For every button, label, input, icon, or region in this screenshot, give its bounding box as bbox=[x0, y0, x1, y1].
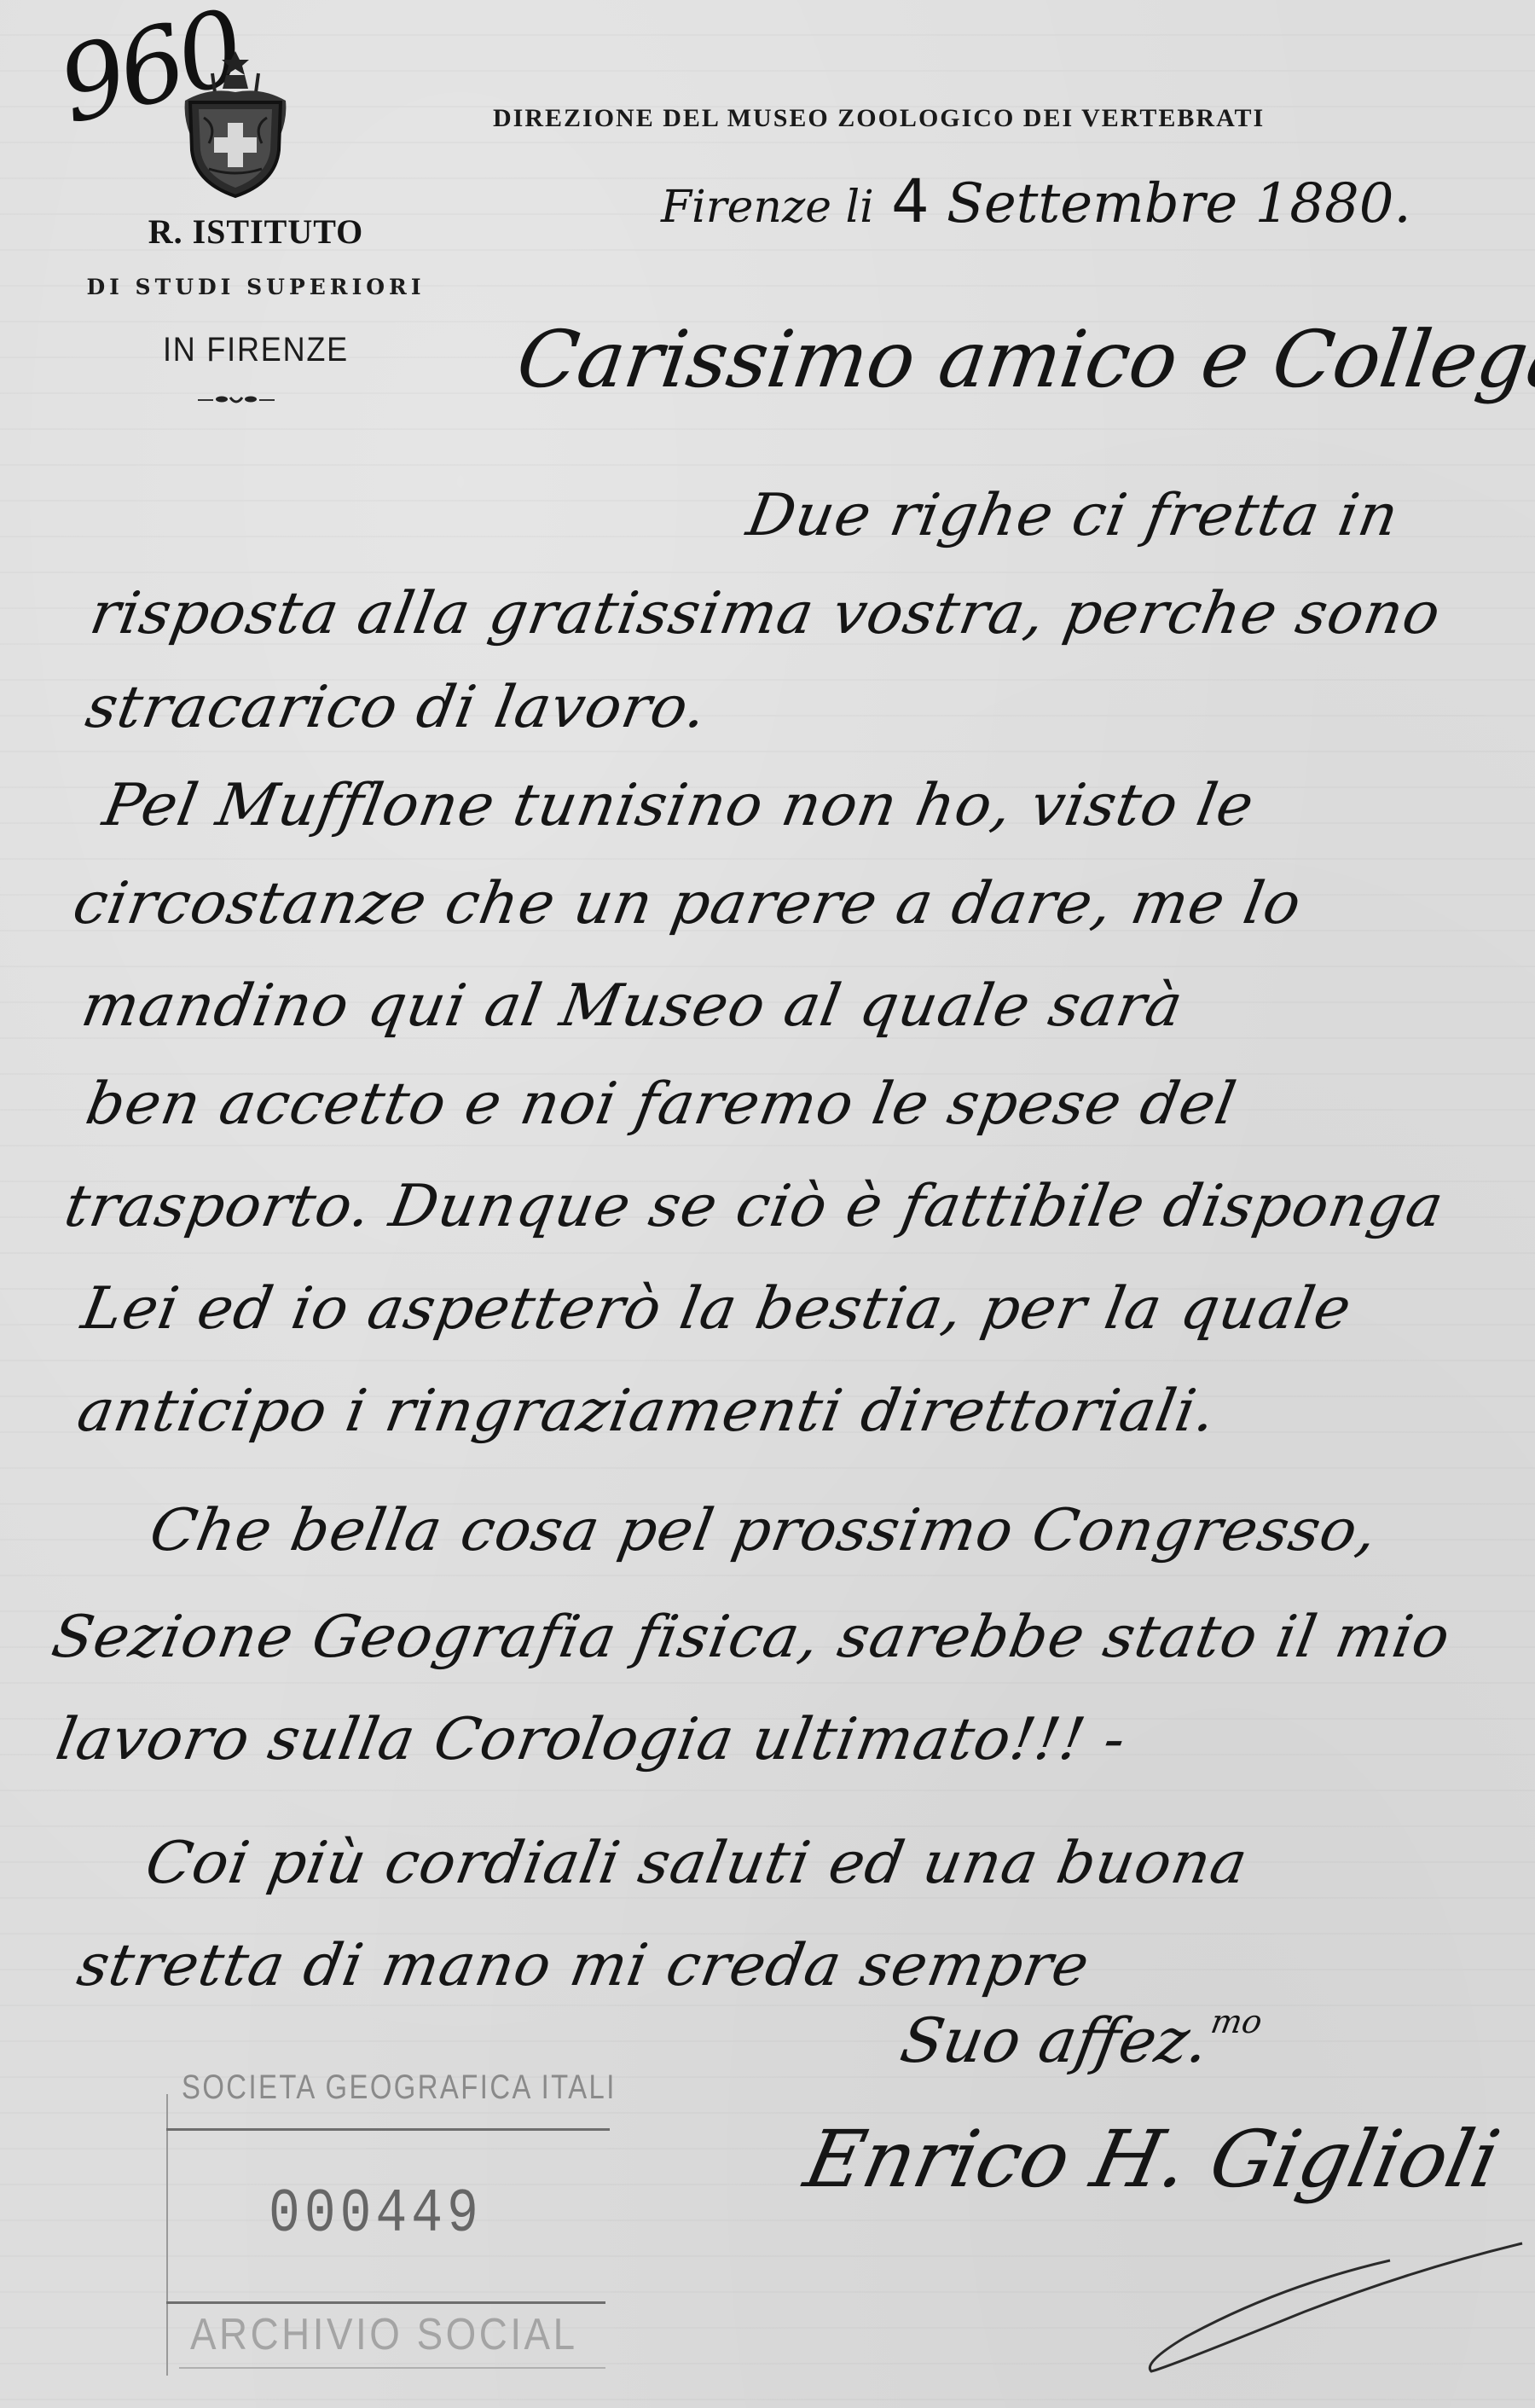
body-line: Pel Mufflone tunisino non ho, visto le bbox=[98, 772, 1259, 839]
stamp-rule bbox=[179, 2367, 605, 2369]
body-line: lavoro sulla Corologia ultimato!!! - bbox=[51, 1706, 1132, 1773]
signature: Enrico H. Giglioli bbox=[797, 2114, 1507, 2205]
body-line: mandino qui al Museo al quale sarà bbox=[77, 972, 1188, 1040]
dateline: Firenze li 4 Settembre 1880. bbox=[661, 166, 1411, 236]
closing: Suo affez.mo bbox=[895, 2003, 1265, 2076]
body-line: trasporto. Dunque se ciò è fattibile dis… bbox=[60, 1173, 1449, 1240]
body-line: Sezione Geografia fisica, sarebbe stato … bbox=[47, 1604, 1456, 1671]
body-line: ben accetto e noi faremo le spese del bbox=[81, 1071, 1242, 1138]
archive-stamp: SOCIETA GEOGRAFICA ITALI 000449 ARCHIVIO… bbox=[166, 2043, 627, 2405]
signature-flourish-icon bbox=[1134, 2192, 1526, 2388]
divider-ornament-icon bbox=[198, 394, 275, 406]
closing-superscript: mo bbox=[1208, 2003, 1266, 2040]
body-line: Coi più cordiali saluti ed una buona bbox=[141, 1830, 1253, 1897]
stamp-number: 000449 bbox=[269, 2179, 483, 2249]
dateline-month: Settembre bbox=[947, 172, 1237, 235]
body-line: anticipo i ringraziamenti direttoriali. bbox=[72, 1378, 1221, 1445]
stamp-society-name: SOCIETA GEOGRAFICA ITALI bbox=[182, 2069, 617, 2107]
coat-of-arms-icon bbox=[175, 49, 296, 200]
body-line: Lei ed io aspetterò la bestia, per la qu… bbox=[77, 1275, 1357, 1343]
closing-text: Suo affez. bbox=[895, 2005, 1214, 2076]
body-line: stracarico di lavoro. bbox=[81, 674, 712, 741]
institution-name: R. ISTITUTO bbox=[51, 212, 460, 252]
body-line: circostanze che un parere a dare, me lo bbox=[68, 870, 1306, 937]
institution-city: IN FIRENZE bbox=[72, 331, 440, 369]
institution-subtitle: DI STUDI SUPERIORI bbox=[34, 275, 478, 299]
body-line: Due righe ci fretta in bbox=[742, 482, 1404, 549]
stamp-archive-label: ARCHIVIO SOCIAL bbox=[190, 2309, 578, 2360]
dateline-year: 1880. bbox=[1255, 172, 1411, 235]
body-line: Che bella cosa pel prossimo Congresso, bbox=[145, 1497, 1382, 1564]
department-heading: DIREZIONE DEL MUSEO ZOOLOGICO DEI VERTEB… bbox=[493, 104, 1465, 133]
stamp-frame bbox=[166, 2094, 168, 2376]
stamp-rule bbox=[166, 2128, 610, 2131]
body-line: stretta di mano mi creda sempre bbox=[72, 1932, 1094, 1999]
stamp-rule bbox=[166, 2301, 605, 2304]
salutation: Carissimo amico e Collega. bbox=[512, 314, 1535, 405]
dateline-day: 4 bbox=[891, 166, 930, 236]
body-line: risposta alla gratissima vostra, perche … bbox=[85, 580, 1445, 647]
dateline-place: Firenze li bbox=[661, 182, 874, 233]
